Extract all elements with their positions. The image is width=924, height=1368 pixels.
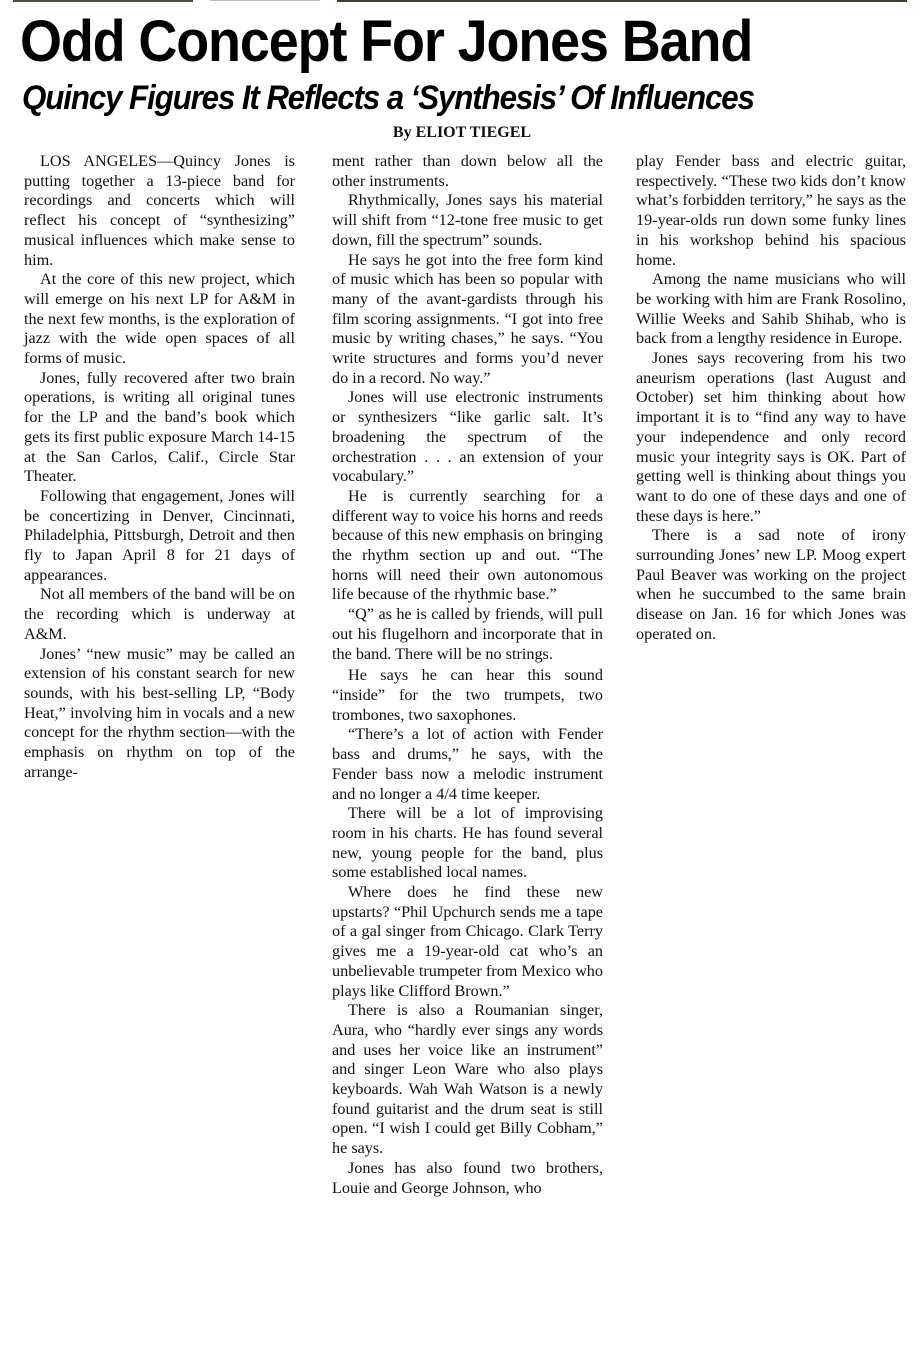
paragraph: There is also a Roumanian singer, Aura, … xyxy=(332,1001,603,1159)
paragraph: Rhythmically, Jones says his material wi… xyxy=(332,191,603,250)
article-column-2: ment rather than down below all the othe… xyxy=(332,152,603,1198)
paragraph: He says he can hear this sound “inside” … xyxy=(332,666,603,725)
paragraph: Jones will use electronic instruments or… xyxy=(332,388,603,487)
paragraph-continued: ment rather than down below all the othe… xyxy=(332,152,603,191)
paragraph: Jones, fully recovered after two brain o… xyxy=(24,369,295,487)
headline: Odd Concept For Jones Band xyxy=(20,8,857,76)
top-rule-left xyxy=(13,0,193,2)
top-rule-strip xyxy=(0,0,924,6)
paragraph: Jones has also found two brothers, Louie… xyxy=(332,1159,603,1198)
top-rule-right xyxy=(337,0,907,2)
subheadline: Quincy Figures It Reflects a ‘Synthesis’… xyxy=(22,77,850,119)
paragraph-continued: play Fender bass and electric guitar, re… xyxy=(636,152,906,270)
paragraph: Jones’ “new music” may be called an exte… xyxy=(24,645,295,783)
paragraph: Jones says recovering from his two aneur… xyxy=(636,349,906,526)
paragraph: Where does he find these new upstarts? “… xyxy=(332,883,603,1001)
paragraph: He is currently searching for a differen… xyxy=(332,487,603,605)
paragraph: He says he got into the free form kind o… xyxy=(332,251,603,389)
paragraph: Following that engagement, Jones will be… xyxy=(24,487,295,586)
byline: By ELIOT TIEGEL xyxy=(0,123,924,143)
paragraph: There will be a lot of improvising room … xyxy=(332,804,603,883)
paragraph: “Q” as he is called by friends, will pul… xyxy=(332,605,603,664)
paragraph: There is a sad note of irony surrounding… xyxy=(636,526,906,644)
article-column-3: play Fender bass and electric guitar, re… xyxy=(636,152,906,645)
paragraph: At the core of this new project, which w… xyxy=(24,270,295,369)
paragraph: Among the name musicians who will be wor… xyxy=(636,270,906,349)
top-rule-middle xyxy=(210,0,320,1)
paragraph: LOS ANGELES—Quincy Jones is putting toge… xyxy=(24,152,295,270)
paragraph: “There’s a lot of action with Fender bas… xyxy=(332,725,603,804)
paragraph: Not all members of the band will be on t… xyxy=(24,585,295,644)
article-column-1: LOS ANGELES—Quincy Jones is putting toge… xyxy=(24,152,295,783)
